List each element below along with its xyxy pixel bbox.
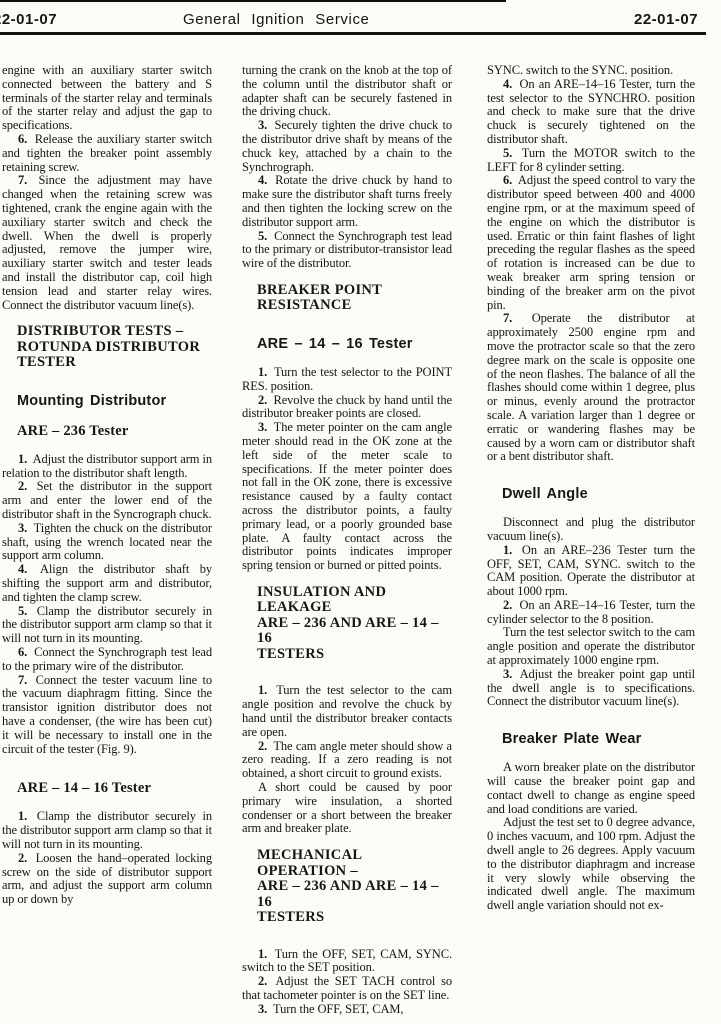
step-number: 7. — [18, 673, 27, 687]
step-number: 4. — [258, 173, 267, 187]
step-text: On an ARE–236 Tester turn the OFF, SET, … — [487, 543, 695, 598]
step-paragraph: 5. Turn the MOTOR switch to the LEFT for… — [487, 147, 695, 175]
page-body: engine with an auxiliary starter switch … — [2, 64, 719, 1024]
step-text: On an ARE–14–16 Tester, turn the test se… — [487, 77, 695, 146]
step-text: Turn the OFF, SET, CAM, — [273, 1002, 403, 1016]
step-paragraph: 5. Connect the Synchrograph test lead to… — [242, 230, 452, 271]
paragraph: A worn breaker plate on the distributor … — [487, 761, 695, 816]
step-paragraph: 5. Clamp the distributor securely in the… — [2, 605, 212, 646]
step-number: 3. — [503, 667, 512, 681]
step-paragraph: 3. Tighten the chuck on the distributor … — [2, 522, 212, 563]
subheading: ARE – 14 – 16 Tester — [242, 336, 452, 352]
step-number: 2. — [18, 479, 27, 493]
step-number: 7. — [503, 311, 512, 325]
step-paragraph: 7. Since the adjustment may have changed… — [2, 174, 212, 312]
page-title: General Ignition Service — [183, 11, 370, 28]
step-paragraph: 1. Adjust the distributor support arm in… — [2, 453, 212, 481]
step-paragraph: 1. On an ARE–236 Tester turn the OFF, SE… — [487, 544, 695, 599]
tester-heading: ARE – 236 Tester — [2, 423, 212, 439]
paragraph: Disconnect and plug the distributor vacu… — [487, 516, 695, 544]
step-number: 2. — [503, 598, 512, 612]
paragraph: engine with an auxiliary starter switch … — [2, 64, 212, 133]
step-paragraph: 7. Operate the distributor at approximat… — [487, 312, 695, 464]
step-paragraph: 3. Securely tighten the drive chuck to t… — [242, 119, 452, 174]
step-text: Turn the test selector to the POINT RES.… — [242, 365, 452, 393]
step-text: Connect the Synchrograph test lead to th… — [2, 645, 212, 673]
step-text: Operate the distributor at approximately… — [487, 311, 695, 463]
step-text: Adjust the distributor support arm in re… — [2, 452, 212, 480]
step-text: Since the adjustment may have changed wh… — [2, 173, 212, 311]
step-text: Turn the OFF, SET, CAM, SYNC. switch to … — [242, 947, 452, 975]
step-text: Turn the test selector to the cam angle … — [242, 683, 452, 738]
step-text: Loosen the hand–operated locking screw o… — [2, 851, 212, 906]
step-text: Securely tighten the drive chuck to the … — [242, 118, 452, 173]
step-paragraph: 4. Align the distributor shaft by shifti… — [2, 563, 212, 604]
step-number: 4. — [18, 562, 27, 576]
page-number-right: 22-01-07 — [634, 11, 698, 28]
step-paragraph: 6. Adjust the speed control to vary the … — [487, 174, 695, 312]
step-paragraph: 2. Loosen the hand–operated locking scre… — [2, 852, 212, 907]
step-text: Adjust the SET TACH control so that tach… — [242, 974, 452, 1002]
text-column-1: engine with an auxiliary starter switch … — [2, 64, 212, 1024]
step-number: 6. — [18, 645, 27, 659]
step-paragraph: 2. The cam angle meter should show a zer… — [242, 740, 452, 781]
step-paragraph: 7. Connect the tester vacuum line to the… — [2, 674, 212, 757]
subheading: Dwell Angle — [487, 486, 695, 502]
step-text: The cam angle meter should show a zero r… — [242, 739, 452, 781]
paragraph: turning the crank on the knob at the top… — [242, 64, 452, 119]
step-number: 6. — [503, 173, 512, 187]
step-paragraph: 3. Adjust the breaker point gap until th… — [487, 668, 695, 709]
step-number: 2. — [258, 974, 267, 988]
step-paragraph: 2. Set the distributor in the support ar… — [2, 480, 212, 521]
paragraph: SYNC. switch to the SYNC. position. — [487, 64, 695, 78]
step-text: Tighten the chuck on the distributor sha… — [2, 521, 212, 563]
step-text: Clamp the distributor securely in the di… — [2, 809, 212, 851]
step-number: 3. — [258, 1002, 267, 1016]
step-number: 4. — [503, 77, 512, 91]
step-number: 2. — [258, 739, 267, 753]
step-text: Clamp the distributor securely in the di… — [2, 604, 212, 646]
step-text: Connect the Synchrograph test lead to th… — [242, 229, 452, 271]
section-heading: BREAKER POINT RESISTANCE — [242, 283, 452, 314]
step-text: Rotate the drive chuck by hand to make s… — [242, 173, 452, 228]
page-number-left: 22-01-07 — [0, 11, 57, 28]
step-number: 1. — [503, 543, 512, 557]
step-number: 3. — [258, 118, 267, 132]
paragraph: Adjust the test set to 0 degree advance,… — [487, 816, 695, 913]
step-number: 5. — [18, 604, 27, 618]
step-number: 2. — [18, 851, 27, 865]
step-paragraph: 1. Turn the OFF, SET, CAM, SYNC. switch … — [242, 948, 452, 976]
paragraph: Turn the test selector switch to the cam… — [487, 626, 695, 667]
step-text: Turn the MOTOR switch to the LEFT for 8 … — [487, 146, 695, 174]
step-paragraph: 3. Turn the OFF, SET, CAM, — [242, 1003, 452, 1017]
step-paragraph: 1. Turn the test selector to the cam ang… — [242, 684, 452, 739]
section-heading: DISTRIBUTOR TESTS – ROTUNDA DISTRIBUTOR … — [2, 324, 212, 371]
step-number: 2. — [258, 393, 267, 407]
step-number: 1. — [18, 809, 27, 823]
step-text: Adjust the breaker point gap until the d… — [487, 667, 695, 709]
step-text: Revolve the chuck by hand until the dist… — [242, 393, 452, 421]
step-paragraph: 1. Turn the test selector to the POINT R… — [242, 366, 452, 394]
header-rule — [0, 32, 706, 35]
step-number: 5. — [258, 229, 267, 243]
text-column-2: turning the crank on the knob at the top… — [242, 64, 452, 1024]
step-text: On an ARE–14–16 Tester, turn the cylinde… — [487, 598, 695, 626]
subheading: Breaker Plate Wear — [487, 731, 695, 747]
step-number: 5. — [503, 146, 512, 160]
paragraph: A short could be caused by poor primary … — [242, 781, 452, 836]
step-number: 3. — [18, 521, 27, 535]
step-paragraph: 6. Release the auxiliary starter switch … — [2, 133, 212, 174]
step-text: Adjust the speed control to vary the dis… — [487, 173, 695, 311]
step-number: 1. — [258, 947, 267, 961]
step-number: 1. — [258, 365, 267, 379]
step-paragraph: 2. Revolve the chuck by hand until the d… — [242, 394, 452, 422]
step-text: Release the auxiliary starter switch and… — [2, 132, 212, 174]
step-number: 3. — [258, 420, 267, 434]
step-number: 1. — [18, 452, 27, 466]
section-heading: MECHANICAL OPERATION – ARE – 236 AND ARE… — [242, 848, 452, 926]
step-text: Connect the tester vacuum line to the va… — [2, 673, 212, 756]
step-paragraph: 2. Adjust the SET TACH control so that t… — [242, 975, 452, 1003]
manual-page: 22-01-07 General Ignition Service 22-01-… — [0, 0, 721, 1024]
subheading: Mounting Distributor — [2, 393, 212, 409]
step-paragraph: 2. On an ARE–14–16 Tester, turn the cyli… — [487, 599, 695, 627]
step-paragraph: 6. Connect the Synchrograph test lead to… — [2, 646, 212, 674]
step-text: Set the distributor in the support arm a… — [2, 479, 212, 521]
step-text: The meter pointer on the cam angle meter… — [242, 420, 452, 572]
step-number: 1. — [258, 683, 267, 697]
step-text: Align the distributor shaft by shifting … — [2, 562, 212, 604]
step-paragraph: 4. Rotate the drive chuck by hand to mak… — [242, 174, 452, 229]
section-heading: INSULATION AND LEAKAGE ARE – 236 AND ARE… — [242, 585, 452, 663]
step-paragraph: 3. The meter pointer on the cam angle me… — [242, 421, 452, 573]
scan-edge-artifact — [0, 0, 506, 2]
step-paragraph: 4. On an ARE–14–16 Tester, turn the test… — [487, 78, 695, 147]
step-paragraph: 1. Clamp the distributor securely in the… — [2, 810, 212, 851]
text-column-3: SYNC. switch to the SYNC. position.4. On… — [487, 64, 695, 1024]
tester-heading: ARE – 14 – 16 Tester — [2, 780, 212, 796]
page-header: 22-01-07 General Ignition Service 22-01-… — [0, 9, 721, 31]
step-number: 7. — [18, 173, 27, 187]
step-number: 6. — [18, 132, 27, 146]
